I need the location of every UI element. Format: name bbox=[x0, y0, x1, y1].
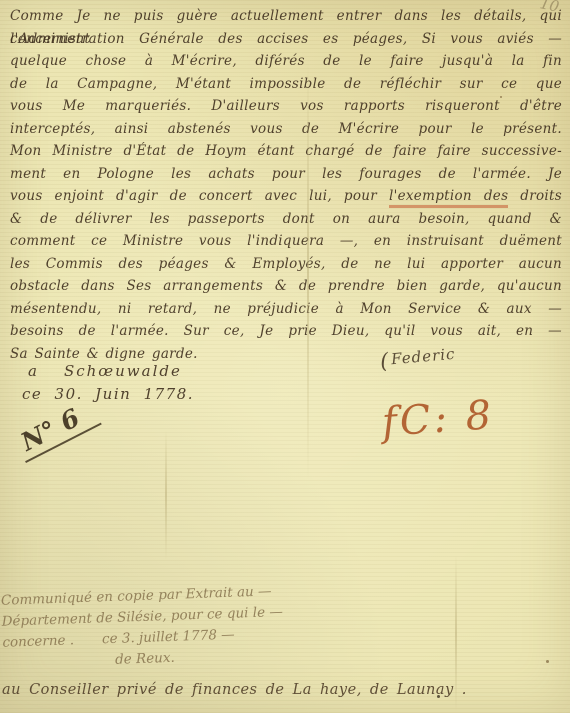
red-folio-mark: fC: 8 bbox=[381, 392, 496, 446]
foxing-spot bbox=[437, 695, 440, 698]
place-name: Schœuwalde bbox=[64, 362, 182, 380]
letter-line: comment ce Ministre vous l'indiquera —, … bbox=[10, 230, 562, 253]
letter-line: vous Me marqueriés. D'ailleurs vos rappo… bbox=[10, 95, 562, 118]
letter-line: ment en Pologne les achats pour les four… bbox=[10, 163, 562, 186]
address-line: au Conseiller privé de finances de La ha… bbox=[2, 682, 467, 698]
note-date: ce 3. juillet 1778 — bbox=[102, 627, 235, 648]
foxing-spot bbox=[546, 660, 549, 663]
place-line: aSchœuwalde bbox=[28, 362, 182, 380]
letter-line: interceptés, ainsi abstenés vous de M'éc… bbox=[10, 118, 562, 141]
letter-line: les Commis des péages & Employés, de ne … bbox=[10, 253, 562, 276]
paper-crease bbox=[165, 430, 167, 560]
signature-federic: (Federic bbox=[379, 343, 456, 373]
letter-line: & de délivrer les passeports dont on aur… bbox=[10, 208, 562, 231]
date-line: ce 30. Juin 1778. bbox=[22, 385, 194, 403]
registry-number-mark: N° 6 bbox=[11, 395, 102, 463]
letter-line-segment: droits bbox=[508, 188, 562, 204]
letter-line: l'Administration Générale des accises es… bbox=[10, 28, 562, 51]
paper-crease bbox=[307, 60, 309, 480]
place-prefix: a bbox=[28, 362, 38, 380]
letter-line: Mon Ministre d'État de Hoym étant chargé… bbox=[10, 140, 562, 163]
letter-line-with-red-underline: vous enjoint d'agir de concert avec lui,… bbox=[10, 185, 562, 208]
letter-line: besoins de l'armée. Sur ce, Je prie Dieu… bbox=[10, 320, 562, 343]
letter-line: quelque chose à M'écrire, diférés de le … bbox=[10, 50, 562, 73]
letter-line-segment: vous enjoint d'agir de concert avec lui,… bbox=[10, 188, 389, 204]
copy-note: Communiqué en copie par Extrait au — Dép… bbox=[1, 579, 334, 674]
paper-crease bbox=[455, 555, 457, 713]
foxing-spot bbox=[63, 305, 65, 307]
letter-body: Comme Je ne puis guère actuellement entr… bbox=[10, 5, 562, 365]
letter-line: Comme Je ne puis guère actuellement entr… bbox=[10, 5, 562, 28]
letter-page: 10 Comme Je ne puis guère actuellement e… bbox=[0, 0, 570, 713]
foxing-spot bbox=[500, 96, 502, 98]
signature-flourish: ( bbox=[379, 349, 390, 374]
letter-line: de la Campagne, M'étant impossible de ré… bbox=[10, 73, 562, 96]
letter-line: mésentendu, ni retard, ne préjudicie à M… bbox=[10, 298, 562, 321]
signature-text: Federic bbox=[390, 345, 456, 369]
note-line-segment: concerne . bbox=[2, 632, 74, 650]
letter-line: obstacle dans Ses arrangements & de pren… bbox=[10, 275, 562, 298]
red-underlined-text: l'exemption des bbox=[389, 188, 508, 208]
